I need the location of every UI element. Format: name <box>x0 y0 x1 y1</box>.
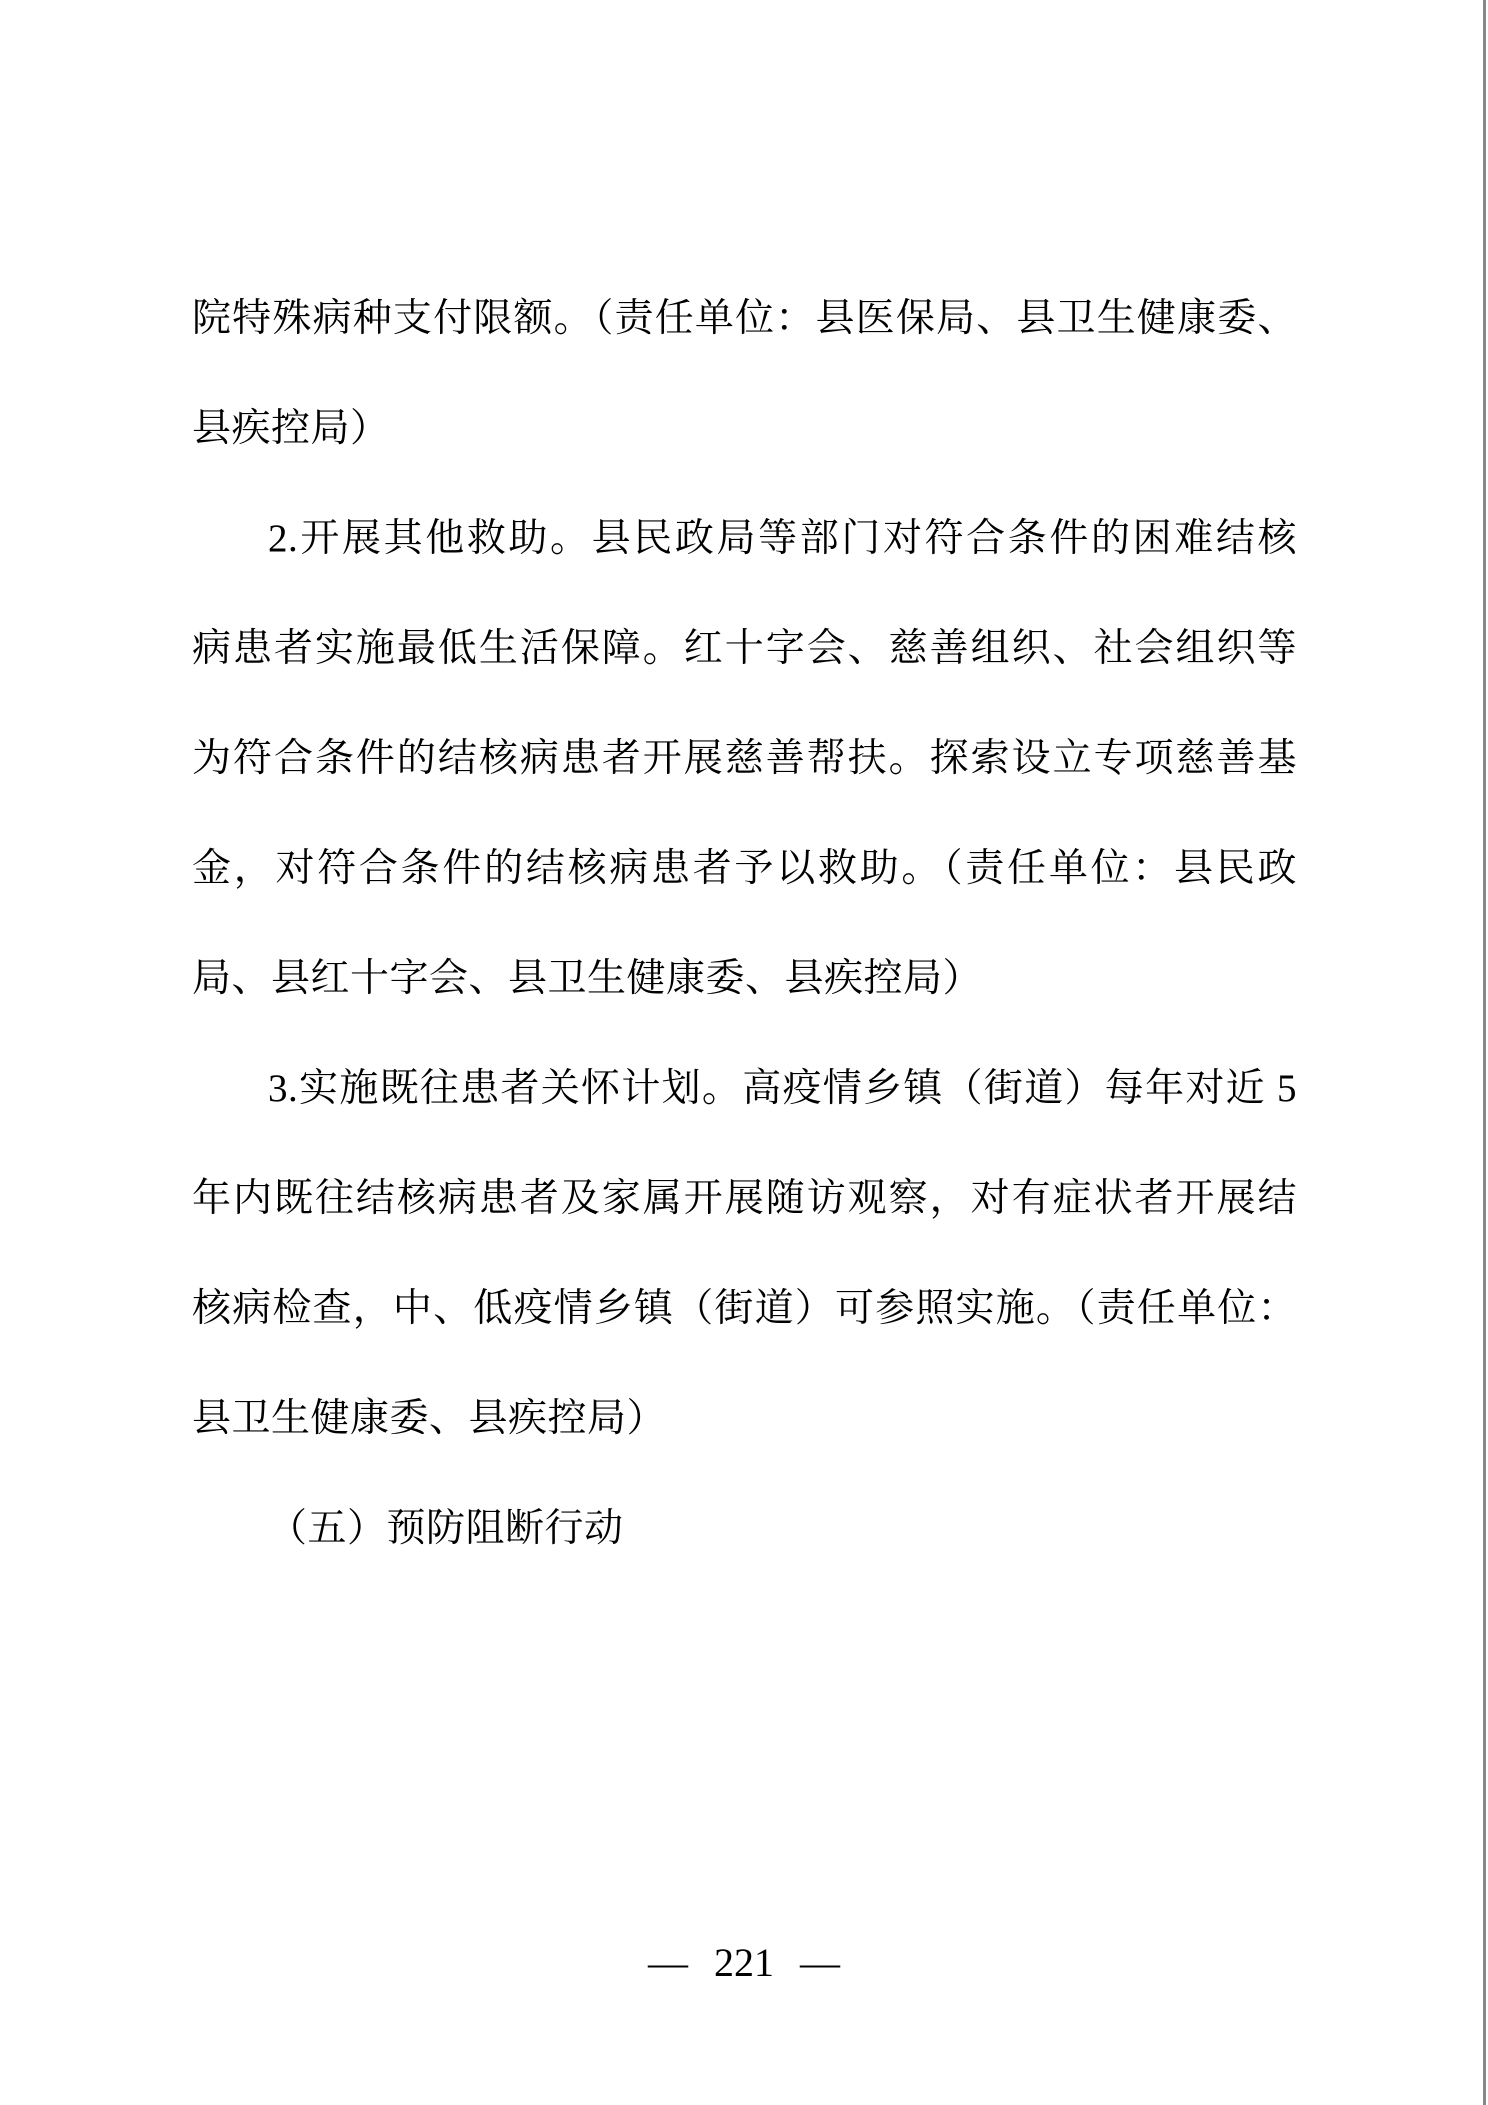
text-line: 院特殊病种支付限额。（责任单位：县医保局、县卫生健康委、 <box>192 264 1297 374</box>
document-page: 院特殊病种支付限额。（责任单位：县医保局、县卫生健康委、县疾控局）2.开展其他救… <box>0 0 1488 2105</box>
text-line: 核病检查，中、低疫情乡镇（街道）可参照实施。（责任单位： <box>192 1254 1297 1364</box>
text-line: 为符合条件的结核病患者开展慈善帮扶。探索设立专项慈善基 <box>192 704 1297 814</box>
text-line: 3.实施既往患者关怀计划。高疫情乡镇（街道）每年对近 5 <box>192 1034 1297 1144</box>
text-line: （五）预防阻断行动 <box>192 1474 1297 1584</box>
text-line: 局、县红十字会、县卫生健康委、县疾控局） <box>192 924 1297 1034</box>
page-footer: — 221 — <box>0 1936 1488 1990</box>
text-line: 金，对符合条件的结核病患者予以救助。（责任单位：县民政 <box>192 814 1297 924</box>
page-edge-line <box>1483 0 1486 2105</box>
text-line: 县疾控局） <box>192 374 1297 484</box>
footer-dash-left: — <box>648 1936 688 1990</box>
text-line: 病患者实施最低生活保障。红十字会、慈善组织、社会组织等 <box>192 594 1297 704</box>
text-line: 2.开展其他救助。县民政局等部门对符合条件的困难结核 <box>192 484 1297 594</box>
text-line: 县卫生健康委、县疾控局） <box>192 1364 1297 1474</box>
text-line: 年内既往结核病患者及家属开展随访观察，对有症状者开展结 <box>192 1144 1297 1254</box>
document-body: 院特殊病种支付限额。（责任单位：县医保局、县卫生健康委、县疾控局）2.开展其他救… <box>192 264 1297 1584</box>
footer-dash-right: — <box>800 1936 840 1990</box>
page-number: 221 <box>714 1936 774 1990</box>
